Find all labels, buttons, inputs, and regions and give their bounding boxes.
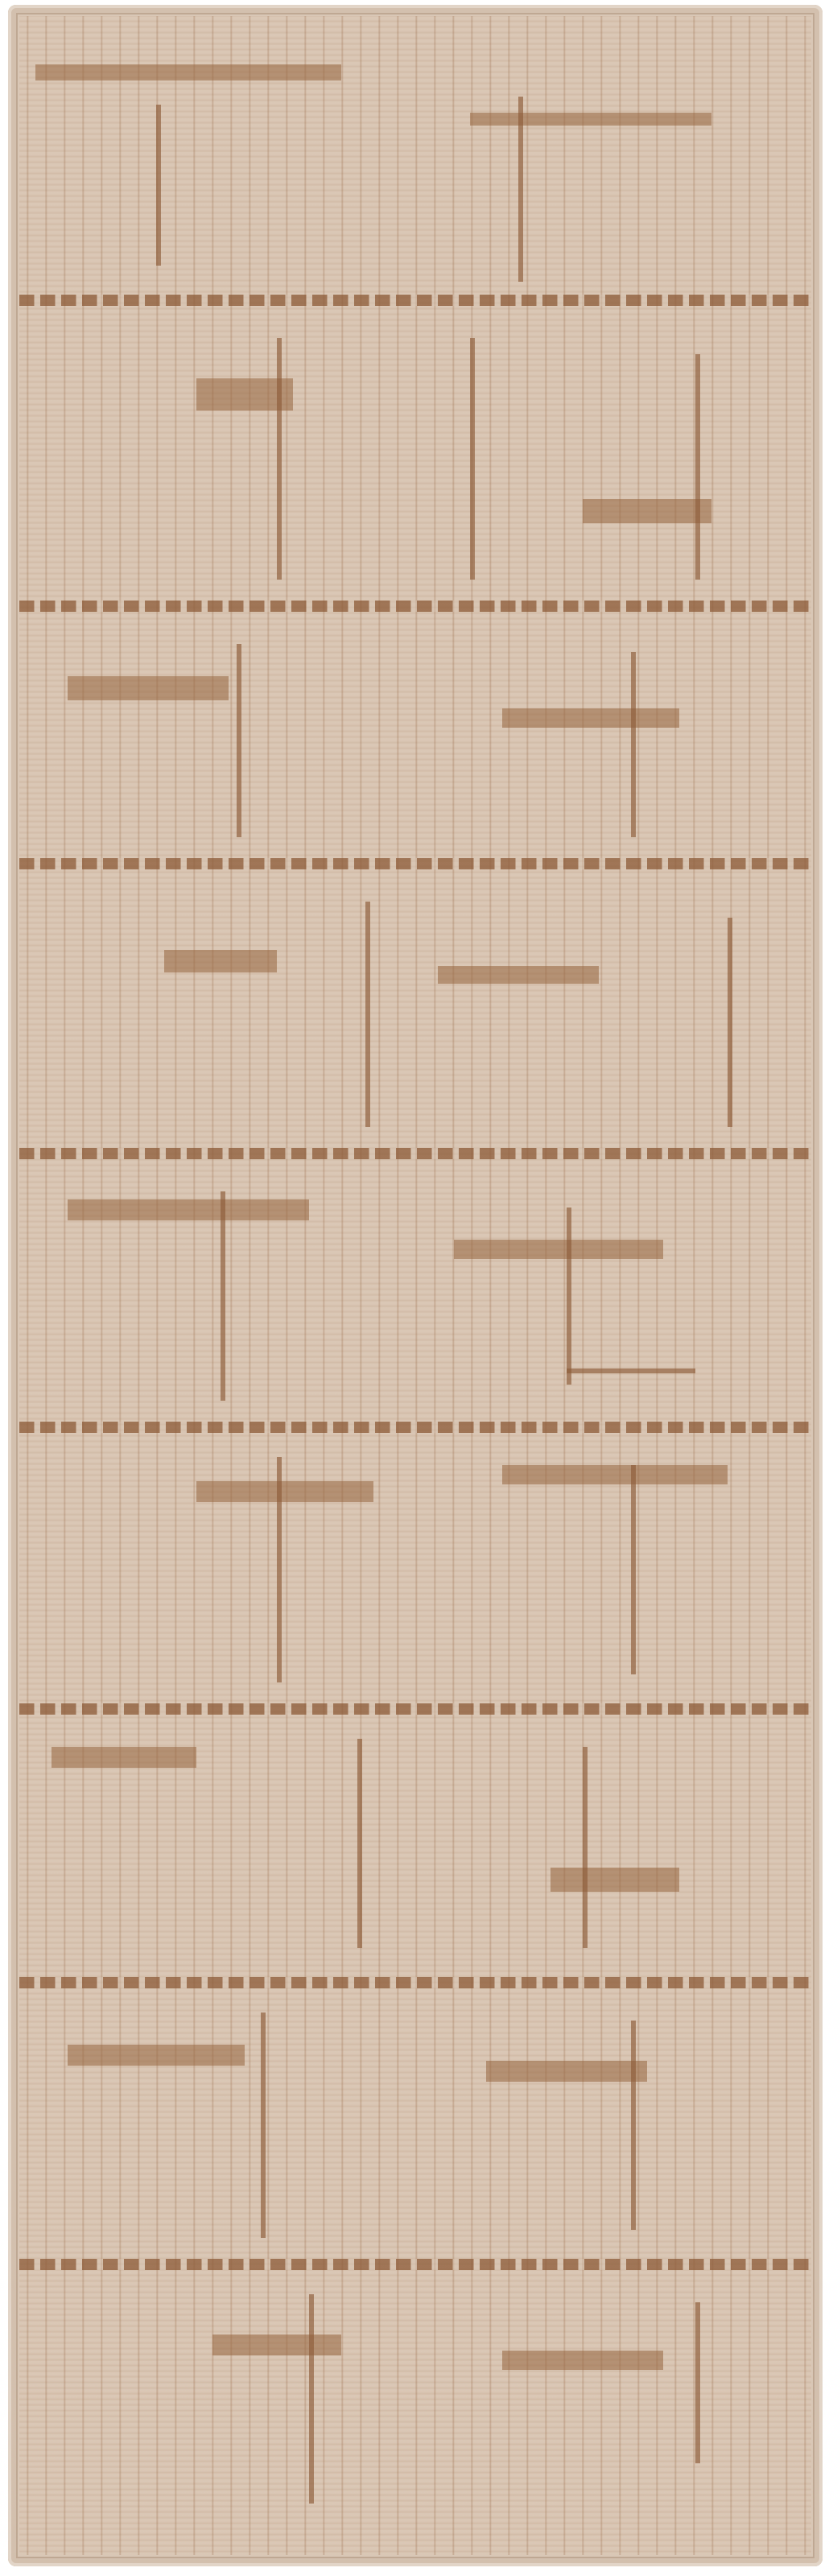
- pattern-line: [631, 1465, 636, 1674]
- pattern-line: [261, 2013, 266, 2238]
- pattern-block: [68, 2045, 245, 2066]
- pattern-band: [19, 1703, 811, 1715]
- pattern-line: [309, 2294, 314, 2504]
- pattern-block: [438, 966, 599, 984]
- pattern-block: [454, 1240, 663, 1259]
- rug-runner: Beige and brown abstract distressed runn…: [8, 5, 823, 2566]
- pattern-band: [19, 2259, 811, 2270]
- pattern-band: [19, 1148, 811, 1159]
- pattern-line: [221, 1191, 225, 1401]
- pattern-block: [196, 1481, 373, 1502]
- pattern-block: [486, 2061, 647, 2082]
- pattern-line: [365, 902, 370, 1127]
- pattern-block: [470, 113, 711, 126]
- pattern-block: [52, 1747, 196, 1768]
- pattern-line: [237, 644, 241, 837]
- pattern-block: [502, 2351, 663, 2370]
- pattern-block: [212, 2334, 341, 2355]
- pattern-line: [695, 2302, 700, 2463]
- pattern-block: [68, 1199, 309, 1220]
- pattern-band: [19, 601, 811, 612]
- pattern-band: [19, 1977, 811, 1988]
- pattern-line: [567, 1207, 571, 1385]
- pattern-block: [502, 1465, 728, 1484]
- pattern-line: [470, 338, 475, 580]
- pattern-line: [583, 1747, 588, 1948]
- pattern-block: [35, 64, 341, 80]
- pattern-line: [156, 105, 161, 266]
- pattern-block: [583, 499, 711, 523]
- pattern-line: [631, 2021, 636, 2230]
- pattern-line: [277, 1457, 282, 1682]
- pattern-line: [357, 1739, 362, 1948]
- pattern-block: [502, 708, 679, 728]
- pattern-line: [277, 338, 282, 580]
- pattern-band: [19, 858, 811, 869]
- rug-field: [19, 16, 811, 2555]
- pattern-block: [68, 676, 229, 700]
- pattern-line: [518, 97, 523, 282]
- pattern-block: [551, 1868, 679, 1892]
- pattern-line: [631, 652, 636, 837]
- pattern-line: [695, 354, 700, 580]
- pattern-band: [19, 295, 811, 306]
- pattern-line: [728, 918, 732, 1127]
- pattern-block: [164, 950, 277, 972]
- pattern-band: [19, 1422, 811, 1433]
- pattern-line: [567, 1368, 695, 1373]
